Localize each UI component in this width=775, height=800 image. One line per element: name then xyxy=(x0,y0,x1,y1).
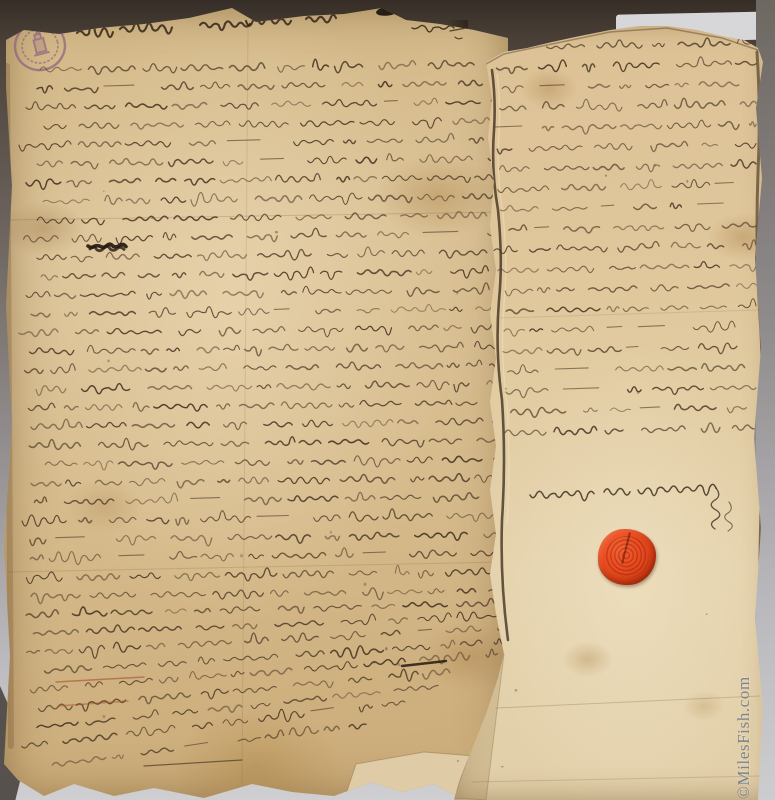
signature-handwriting xyxy=(530,484,732,531)
ink-stamp-icon xyxy=(10,17,70,76)
wax-seal-icon xyxy=(598,529,656,585)
right-page xyxy=(452,18,775,800)
left-page xyxy=(4,6,508,800)
letter-photograph: ©MilesFish.com xyxy=(0,0,775,800)
left-page-handwriting xyxy=(4,6,508,800)
right-page-handwriting xyxy=(452,18,775,800)
watermark: ©MilesFish.com xyxy=(734,587,756,799)
